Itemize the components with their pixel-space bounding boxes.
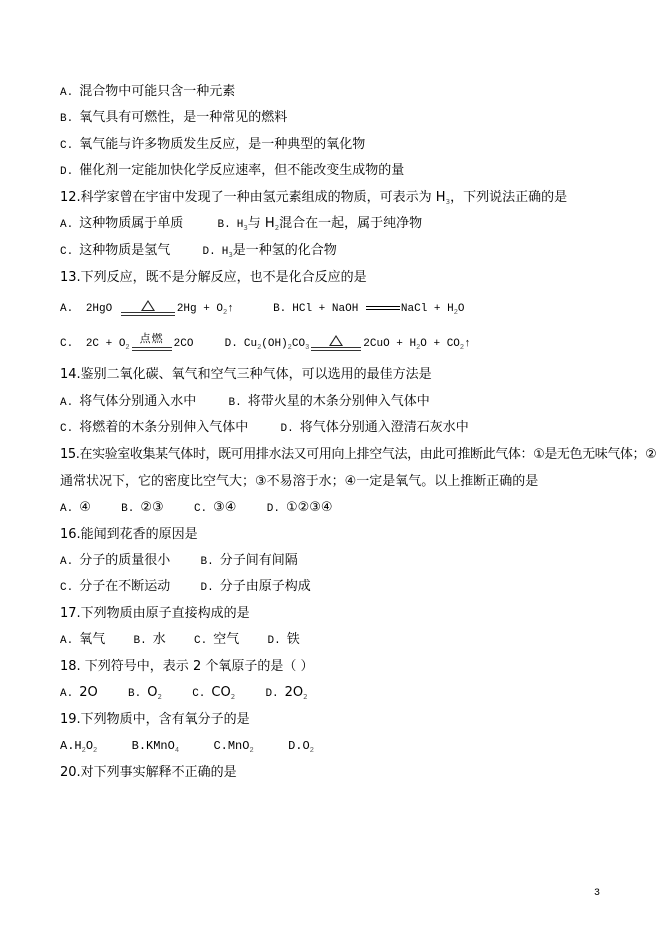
q11-option-c: C.氧气能与许多物质发生反应，是一种典型的氧化物	[60, 137, 365, 154]
option-text: 氧气能与许多物质发生反应，是一种典型的氧化物	[79, 137, 365, 152]
option-text: 催化剂一定能加快化学反应速率，但不能改变生成物的量	[79, 163, 404, 178]
gas-arrow-icon: ↑	[464, 338, 471, 350]
equation-right: 2CO	[174, 338, 194, 350]
option-text: 铁	[287, 632, 300, 647]
option-label: C.	[213, 739, 227, 753]
option-label: D.	[281, 423, 294, 435]
option-label: B.	[218, 219, 231, 231]
option-label: B.	[121, 503, 134, 515]
q14-stem: 14.鉴别二氧化碳、氧气和空气三种气体，可以选用的最佳方法是	[60, 367, 432, 383]
subscript: 3	[305, 344, 309, 352]
option-label: C.	[194, 503, 207, 515]
formula: KMnO	[146, 739, 175, 753]
heat-triangle-icon	[329, 335, 343, 346]
option-text: 混合物中可能只含一种元素	[79, 84, 235, 99]
subscript: 2	[249, 747, 253, 755]
option-label: B.	[128, 688, 141, 700]
equation-right: 2Hg + O	[177, 303, 223, 315]
q20-stem: 20.对下列事实解释不正确的是	[60, 765, 237, 781]
equation-left: CO	[292, 338, 305, 350]
option-text: 混合在一起，属于纯净物	[279, 216, 422, 231]
q11-option-a: A.混合物中可能只含一种元素	[60, 84, 235, 101]
option-label: B.	[132, 739, 146, 753]
option-label: D.	[267, 503, 280, 515]
option-text: 将气体分别通入水中	[79, 394, 196, 409]
gas-arrow-icon: ↑	[227, 303, 234, 315]
q18-stem: 18. 下列符号中，表示 2 个氧原子的是（ ）	[60, 659, 313, 675]
equation-left: 2HgO	[86, 303, 112, 315]
q14-options-cd: C.将燃着的木条分别伸入气体中 D.将气体分别通入澄清石灰水中	[60, 420, 469, 437]
q12-options-ab: A.这种物质属于单质 B.H3与 H2混合在一起，属于纯净物	[60, 216, 422, 236]
option-label: A.	[60, 87, 73, 99]
subscript: 2	[310, 747, 314, 755]
q17-options: A.氧气 B.水 C.空气 D.铁	[60, 632, 300, 649]
option-text: ①②③④	[286, 500, 333, 515]
option-text: 水	[153, 632, 166, 647]
q13-options-ab: A. 2HgO 2Hg + O2↑ B.HCl + NaOH NaCl + H2…	[60, 300, 465, 322]
equation-right: O + CO	[420, 338, 460, 350]
option-label: D.	[268, 635, 281, 647]
option-label: B.	[60, 113, 73, 125]
option-label: A.	[60, 503, 73, 515]
option-label: B.	[273, 303, 286, 315]
heat-triangle-icon	[141, 300, 155, 311]
option-text: 空气	[213, 632, 239, 647]
option-label: C.	[60, 582, 73, 594]
option-text: 是一种氢的化合物	[233, 243, 337, 258]
formula: H	[74, 739, 81, 753]
option-label: D.	[203, 246, 216, 258]
option-label: D.	[201, 582, 214, 594]
option-label: A.	[60, 397, 73, 409]
subscript: 2	[157, 693, 161, 701]
option-text: ④	[79, 500, 91, 515]
option-text: 2O	[79, 685, 98, 700]
subscript: 2	[231, 693, 235, 701]
option-label: B.	[201, 556, 214, 568]
option-label: C.	[60, 140, 73, 152]
formula: O	[86, 739, 93, 753]
heat-condition	[311, 335, 361, 351]
option-text: 分子间有间隔	[220, 553, 298, 568]
q15-options: A.④ B.②③ C.③④ D.①②③④	[60, 500, 333, 517]
option-label: A.	[60, 635, 73, 647]
option-label: A.	[60, 739, 74, 753]
option-text: 这种物质是氢气	[79, 243, 170, 258]
option-label: A.	[60, 219, 73, 231]
option-label: D.	[265, 688, 278, 700]
option-text: 分子由原子构成	[220, 579, 311, 594]
option-text: 将气体分别通入澄清石灰水中	[300, 420, 469, 435]
option-text: ②③	[140, 500, 163, 515]
q12-stem: 12.科学家曾在宇宙中发现了一种由氢元素组成的物质，可表示为 H3，下列说法正确…	[60, 190, 567, 210]
subscript: 4	[175, 747, 179, 755]
equation-left: 2C + O	[86, 338, 126, 350]
q19-stem: 19.下列物质中，含有氧分子的是	[60, 712, 250, 728]
condition-text: 点燃	[132, 335, 172, 347]
option-text: CO	[211, 685, 230, 700]
q16-stem: 16.能闻到花香的原因是	[60, 527, 198, 543]
q13-stem: 13.下列反应，既不是分解反应，也不是化合反应的是	[60, 270, 367, 286]
option-label: C.	[192, 688, 205, 700]
option-text: 这种物质属于单质	[79, 216, 183, 231]
option-text: O	[147, 685, 157, 700]
q15-stem-line1: 15.在实验室收集某气体时，既可用排水法又可用向上排空气法，由此可推断此气体：①…	[60, 447, 656, 463]
q19-options: A.H2O2 B.KMnO4 C.MnO2 D.O2	[60, 738, 314, 759]
equation-left: Cu	[244, 338, 257, 350]
equation-left: HCl + NaOH	[292, 303, 358, 315]
q16-options-cd: C.分子在不断运动 D.分子由原子构成	[60, 579, 311, 596]
q16-options-ab: A.分子的质量很小 B.分子间有间隔	[60, 553, 298, 570]
equation-right: NaCl + H	[401, 303, 454, 315]
option-label: D.	[288, 739, 302, 753]
option-text: 氧气具有可燃性，是一种常见的燃料	[79, 110, 287, 125]
option-text: ③④	[213, 500, 236, 515]
option-label: C.	[60, 338, 73, 350]
option-text: 将燃着的木条分别伸入气体中	[79, 420, 248, 435]
q11-option-b: B.氧气具有可燃性，是一种常见的燃料	[60, 110, 287, 127]
option-label: B.	[134, 635, 147, 647]
option-label: A.	[60, 556, 73, 568]
q11-option-d: D.催化剂一定能加快化学反应速率，但不能改变生成物的量	[60, 163, 404, 180]
formula: MnO	[228, 739, 250, 753]
option-label: A.	[60, 303, 73, 315]
heat-condition	[121, 300, 175, 316]
option-text: 与 H	[248, 216, 275, 231]
q15-stem-line2: 通常状况下，它的密度比空气大；③不易溶于水；④一定是氧气。以上推断正确的是	[60, 474, 538, 490]
option-label: C.	[60, 246, 73, 258]
option-label: C.	[60, 423, 73, 435]
option-text: 将带火星的木条分别伸入气体中	[248, 394, 430, 409]
option-label: D.	[225, 338, 238, 350]
option-label: C.	[194, 635, 207, 647]
stem-text: ，下列说法正确的是	[450, 190, 567, 205]
ignite-condition: 点燃	[132, 335, 172, 351]
equation-left: (OH)	[261, 338, 287, 350]
q13-options-cd: C. 2C + O2点燃2CO D.Cu2(OH)2CO32CuO + H2O …	[60, 335, 471, 357]
page-number: 3	[594, 888, 600, 899]
stem-text: 12.科学家曾在宇宙中发现了一种由氢元素组成的物质，可表示为 H	[60, 190, 446, 205]
option-text: 氧气	[79, 632, 105, 647]
option-text: 分子的质量很小	[79, 553, 170, 568]
option-label: A.	[60, 688, 73, 700]
equation-right: 2CuO + H	[363, 338, 416, 350]
option-label: D.	[60, 166, 73, 178]
option-label: B.	[229, 397, 242, 409]
q14-options-ab: A.将气体分别通入水中 B.将带火星的木条分别伸入气体中	[60, 394, 430, 411]
subscript: 2	[125, 344, 129, 352]
formula: O	[302, 739, 309, 753]
option-text: 2O	[285, 685, 304, 700]
equation-right: O	[458, 303, 465, 315]
equals-sign	[366, 306, 400, 310]
q17-stem: 17.下列物质由原子直接构成的是	[60, 606, 250, 622]
subscript: 2	[93, 747, 97, 755]
subscript: 2	[303, 693, 307, 701]
q12-options-cd: C.这种物质是氢气 D.H3是一种氢的化合物	[60, 243, 337, 263]
q18-options: A.2O B.O2 C.CO2 D.2O2	[60, 685, 308, 705]
option-text: 分子在不断运动	[79, 579, 170, 594]
